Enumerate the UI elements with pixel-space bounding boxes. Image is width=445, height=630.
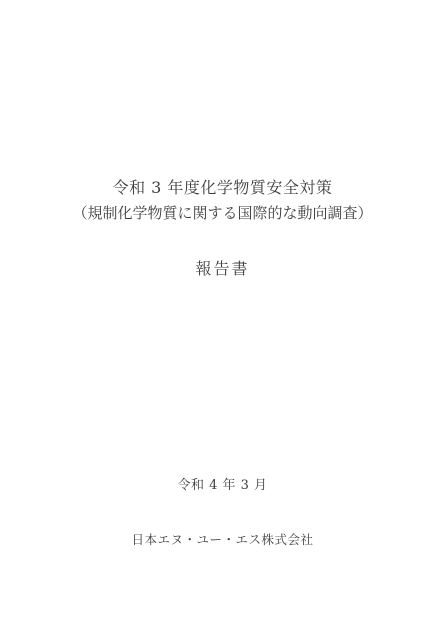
report-title-line1: 令和 3 年度化学物質安全対策 [0,175,445,198]
publication-date: 令和 4 年 3 月 [0,474,445,493]
report-cover-page: 令和 3 年度化学物質安全対策 （規制化学物質に関する国際的な動向調査） 報告書… [0,0,445,630]
document-type-label: 報告書 [0,256,445,279]
organization-name: 日本エヌ・ユー・エス株式会社 [0,530,445,548]
report-title-line2: （規制化学物質に関する国際的な動向調査） [0,202,445,223]
